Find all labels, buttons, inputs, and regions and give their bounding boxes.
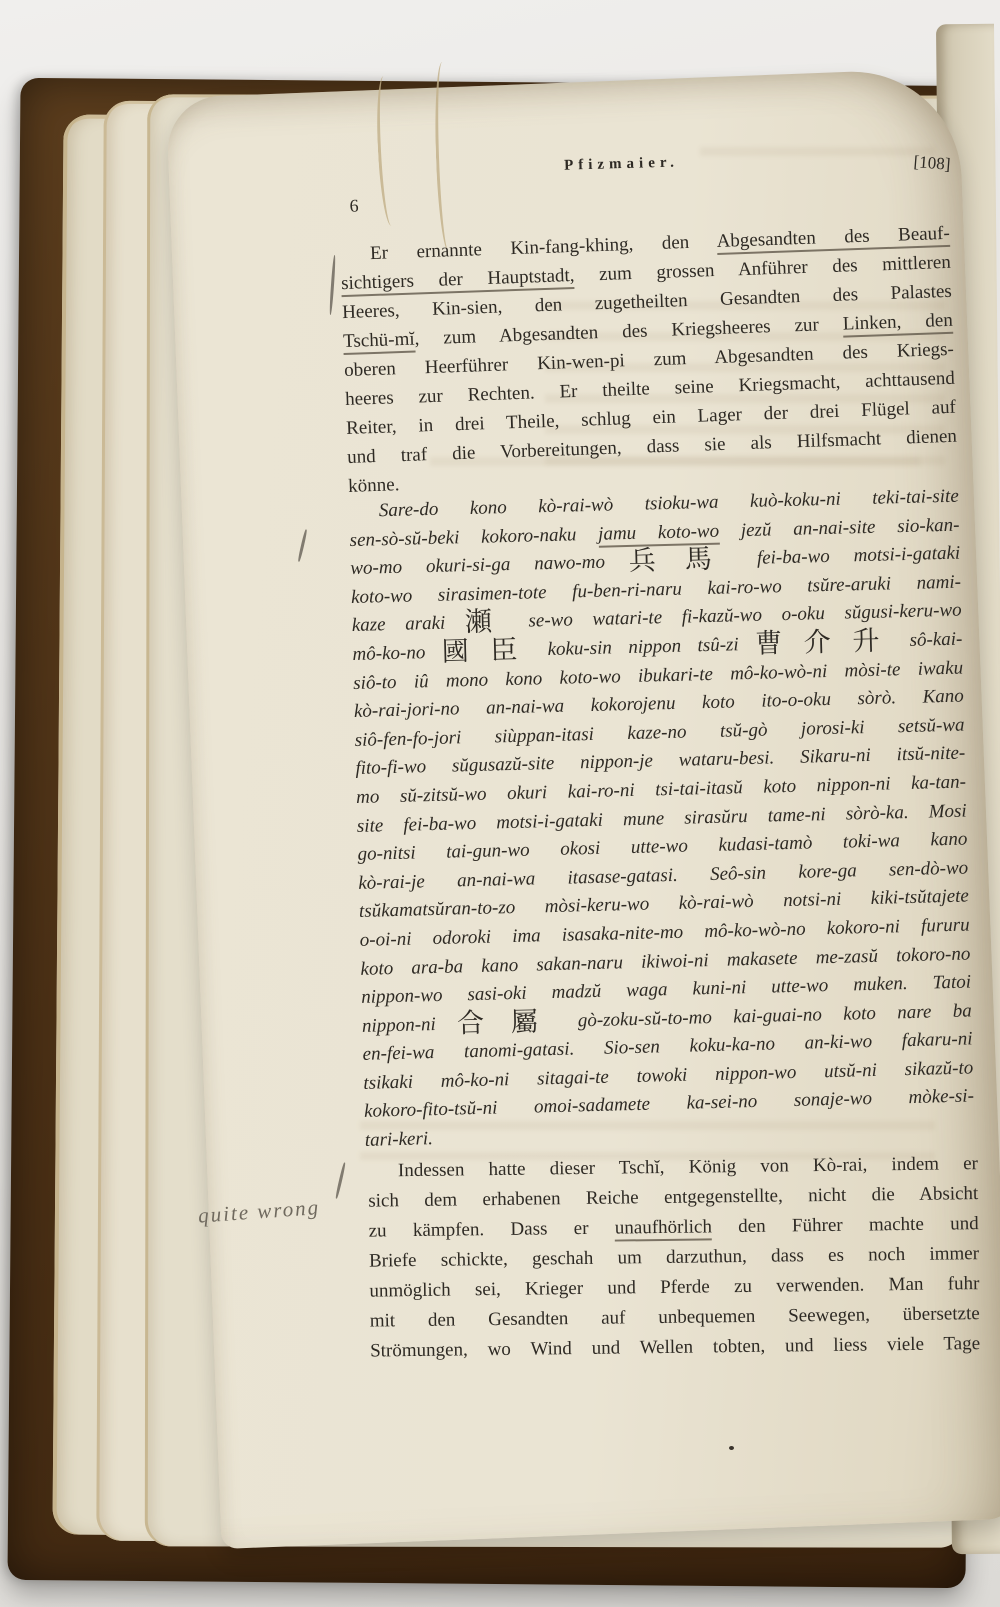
pencil-underline: unaufhörlich xyxy=(615,1216,712,1241)
chinese-characters: 國臣 xyxy=(441,634,539,667)
paragraph: Sare-do kono kò-rai-wò tsioku-wa kuò-kok… xyxy=(349,483,975,1156)
chinese-characters: 瀬 xyxy=(465,606,518,638)
chinese-characters: 兵馬 xyxy=(628,543,741,577)
book-photo: { "colors": { "backdrop": "#e8e6e3", "co… xyxy=(0,0,1000,1607)
ink-speck xyxy=(729,1446,734,1450)
paragraph: Indessen hatte dieser Tschĭ, König von K… xyxy=(368,1149,981,1366)
bracket-page-number: [108] xyxy=(913,152,951,175)
pencil-underline: jamu koto-wo xyxy=(598,520,720,547)
text-block: Pfizmaier. [108] 6 Er ernannte Kin-fang-… xyxy=(338,133,982,1366)
pencil-underline: Tschü-mĭ xyxy=(343,329,415,355)
page-number: 6 xyxy=(349,195,359,216)
pencil-underline: Linken, den xyxy=(842,310,953,338)
chinese-characters: 曹介升 xyxy=(755,625,902,660)
running-header-title: Pfizmaier. xyxy=(338,148,904,181)
chinese-characters: 合屬 xyxy=(457,1005,565,1039)
paragraph: Er ernannte Kin-fang-khing, den Abgesand… xyxy=(340,219,959,501)
paragraphs-container: Er ernannte Kin-fang-khing, den Abgesand… xyxy=(340,221,981,1366)
